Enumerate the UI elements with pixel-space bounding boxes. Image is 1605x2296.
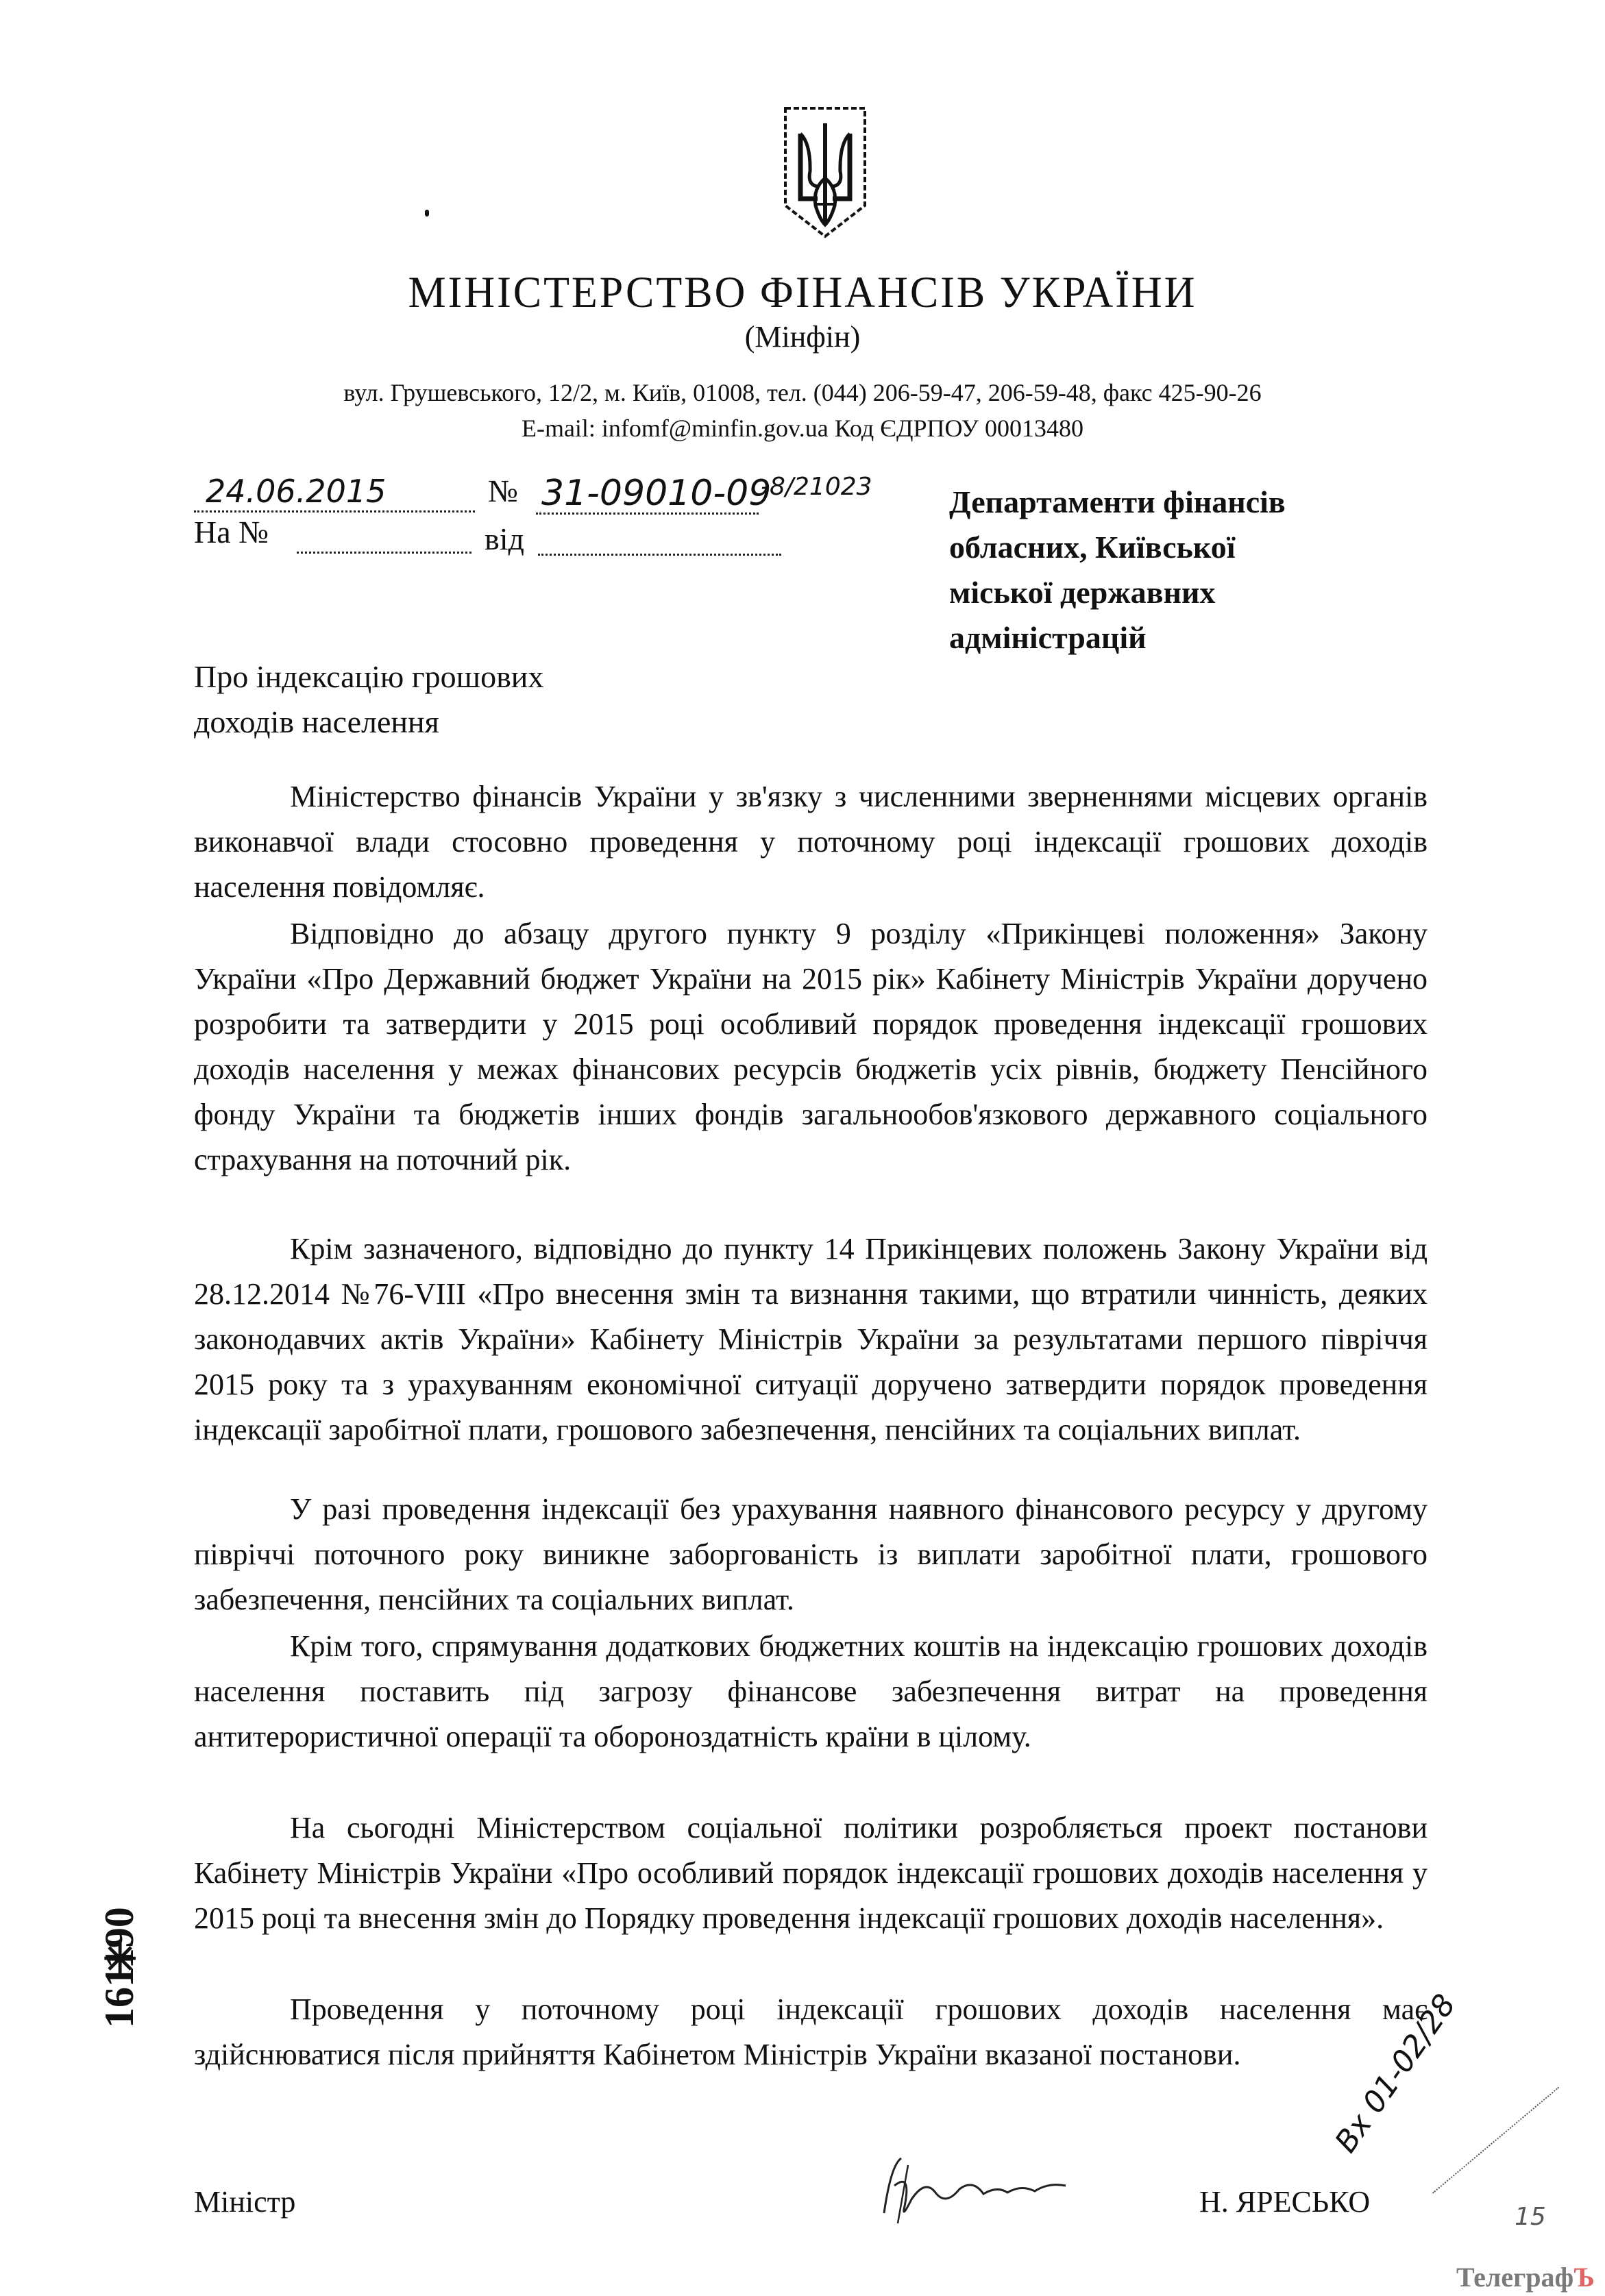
body-paragraph-5: Крім того, спрямування додаткових бюджет… [194,1624,1428,1760]
body-paragraph-2: Відповідно до абзацу другого пункту 9 ро… [194,911,1428,1183]
subject-line: доходів населення [194,700,674,745]
incoming-note-year: 15 [1515,2203,1546,2231]
signatory-position: Міністр [194,2184,295,2219]
ministry-email-edrpou: E-mail: infomf@minfin.gov.ua Код ЄДРПОУ … [0,414,1605,443]
handwritten-stroke [1432,2087,1559,2194]
handwritten-signature [870,2151,1096,2227]
telegraf-watermark-logo: ТелеграфЪ [1456,2261,1595,2293]
body-paragraph-1: Міністерство фінансів України у зв'язку … [194,774,1428,910]
trident-coat-of-arms-icon [780,103,870,240]
recipient-line: міської державних [949,570,1429,615]
ministry-title: МІНІСТЕРСТВО ФІНАНСІВ УКРАЇНИ [0,267,1605,319]
outgoing-date: 24.06.2015 [206,473,386,510]
recipient-block: Департаменти фінансів обласних, Київсько… [949,480,1429,661]
subject-line: Про індексацію грошових [194,654,674,700]
reply-from-label: від [485,521,524,557]
ministry-address: вул. Грушевського, 12/2, м. Київ, 01008,… [0,378,1605,407]
outgoing-number: 31-09010-09 [541,473,771,514]
outgoing-number-suffix: -8/21023 [761,473,872,501]
recipient-line: адміністрацій [949,615,1429,661]
recipient-line: обласних, Київської [949,525,1429,570]
registration-stamp-number: 161190 [96,1823,143,2028]
body-paragraph-3: Крім зазначеного, відповідно до пункту 1… [194,1226,1428,1453]
reply-number-label: На № [194,514,269,550]
number-label: № [488,473,518,509]
date-underline [194,510,475,513]
body-paragraph-6: На сьогодні Міністерством соціальної пол… [194,1805,1428,1941]
signatory-name: Н. ЯРЕСЬКО [1199,2184,1370,2219]
scan-speck [425,210,429,217]
body-paragraph-7: Проведення у поточному році індексації г… [194,1987,1428,2077]
number-underline [536,513,759,515]
subject-block: Про індексацію грошових доходів населенн… [194,654,674,745]
ministry-short-name: (Мінфін) [0,319,1605,354]
body-paragraph-4: У разі проведення індексації без урахува… [194,1487,1428,1622]
recipient-line: Департаменти фінансів [949,480,1429,525]
reply-date-field [538,554,781,556]
reply-number-field [297,552,471,554]
